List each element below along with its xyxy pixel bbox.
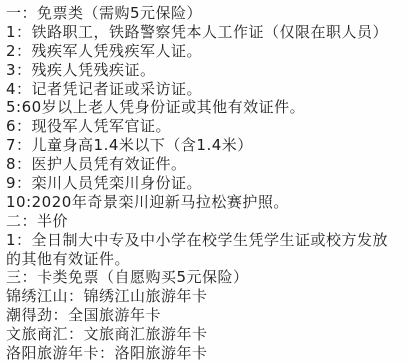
text-lines-container: 一：免票类（需购5元保险）1：铁路职工，铁路警察凭本人工作证（仅限在职人员）2：… xyxy=(6,4,406,363)
text-line: 洛阳旅游年卡：洛阳旅游年卡 xyxy=(6,344,406,363)
text-line: 文旅商汇：文旅商汇旅游年卡 xyxy=(6,325,406,344)
notice-document: 一：免票类（需购5元保险）1：铁路职工，铁路警察凭本人工作证（仅限在职人员）2：… xyxy=(0,0,408,363)
text-line: 6：现役军人凭军官证。 xyxy=(6,117,406,136)
text-line: 1：铁路职工，铁路警察凭本人工作证（仅限在职人员） xyxy=(6,23,406,42)
text-line: 二：半价 xyxy=(6,212,406,231)
text-line: 的其他有效证件。 xyxy=(6,250,406,269)
text-line: 三：卡类免票（自愿购买5元保险） xyxy=(6,268,406,287)
text-line: 9：栾川人员凭栾川身份证。 xyxy=(6,174,406,193)
text-line: 10:2020年奇景栾川迎新马拉松赛护照。 xyxy=(6,193,406,212)
text-line: 7：儿童身高1.4米以下（含1.4米） xyxy=(6,136,406,155)
text-line: 5:60岁以上老人凭身份证或其他有效证件。 xyxy=(6,98,406,117)
text-line: 潮得劲：全国旅游年卡 xyxy=(6,306,406,325)
text-line: 2：残疾军人凭残疾军人证。 xyxy=(6,42,406,61)
text-line: 4：记者凭记者证或采访证。 xyxy=(6,80,406,99)
text-line: 1：全日制大中专及中小学在校学生凭学生证或校方发放 xyxy=(6,231,406,250)
text-line: 8：医护人员凭有效证件。 xyxy=(6,155,406,174)
text-line: 3：残疾人凭残疾证。 xyxy=(6,61,406,80)
text-line: 一：免票类（需购5元保险） xyxy=(6,4,406,23)
text-line: 锦绣江山：锦绣江山旅游年卡 xyxy=(6,287,406,306)
